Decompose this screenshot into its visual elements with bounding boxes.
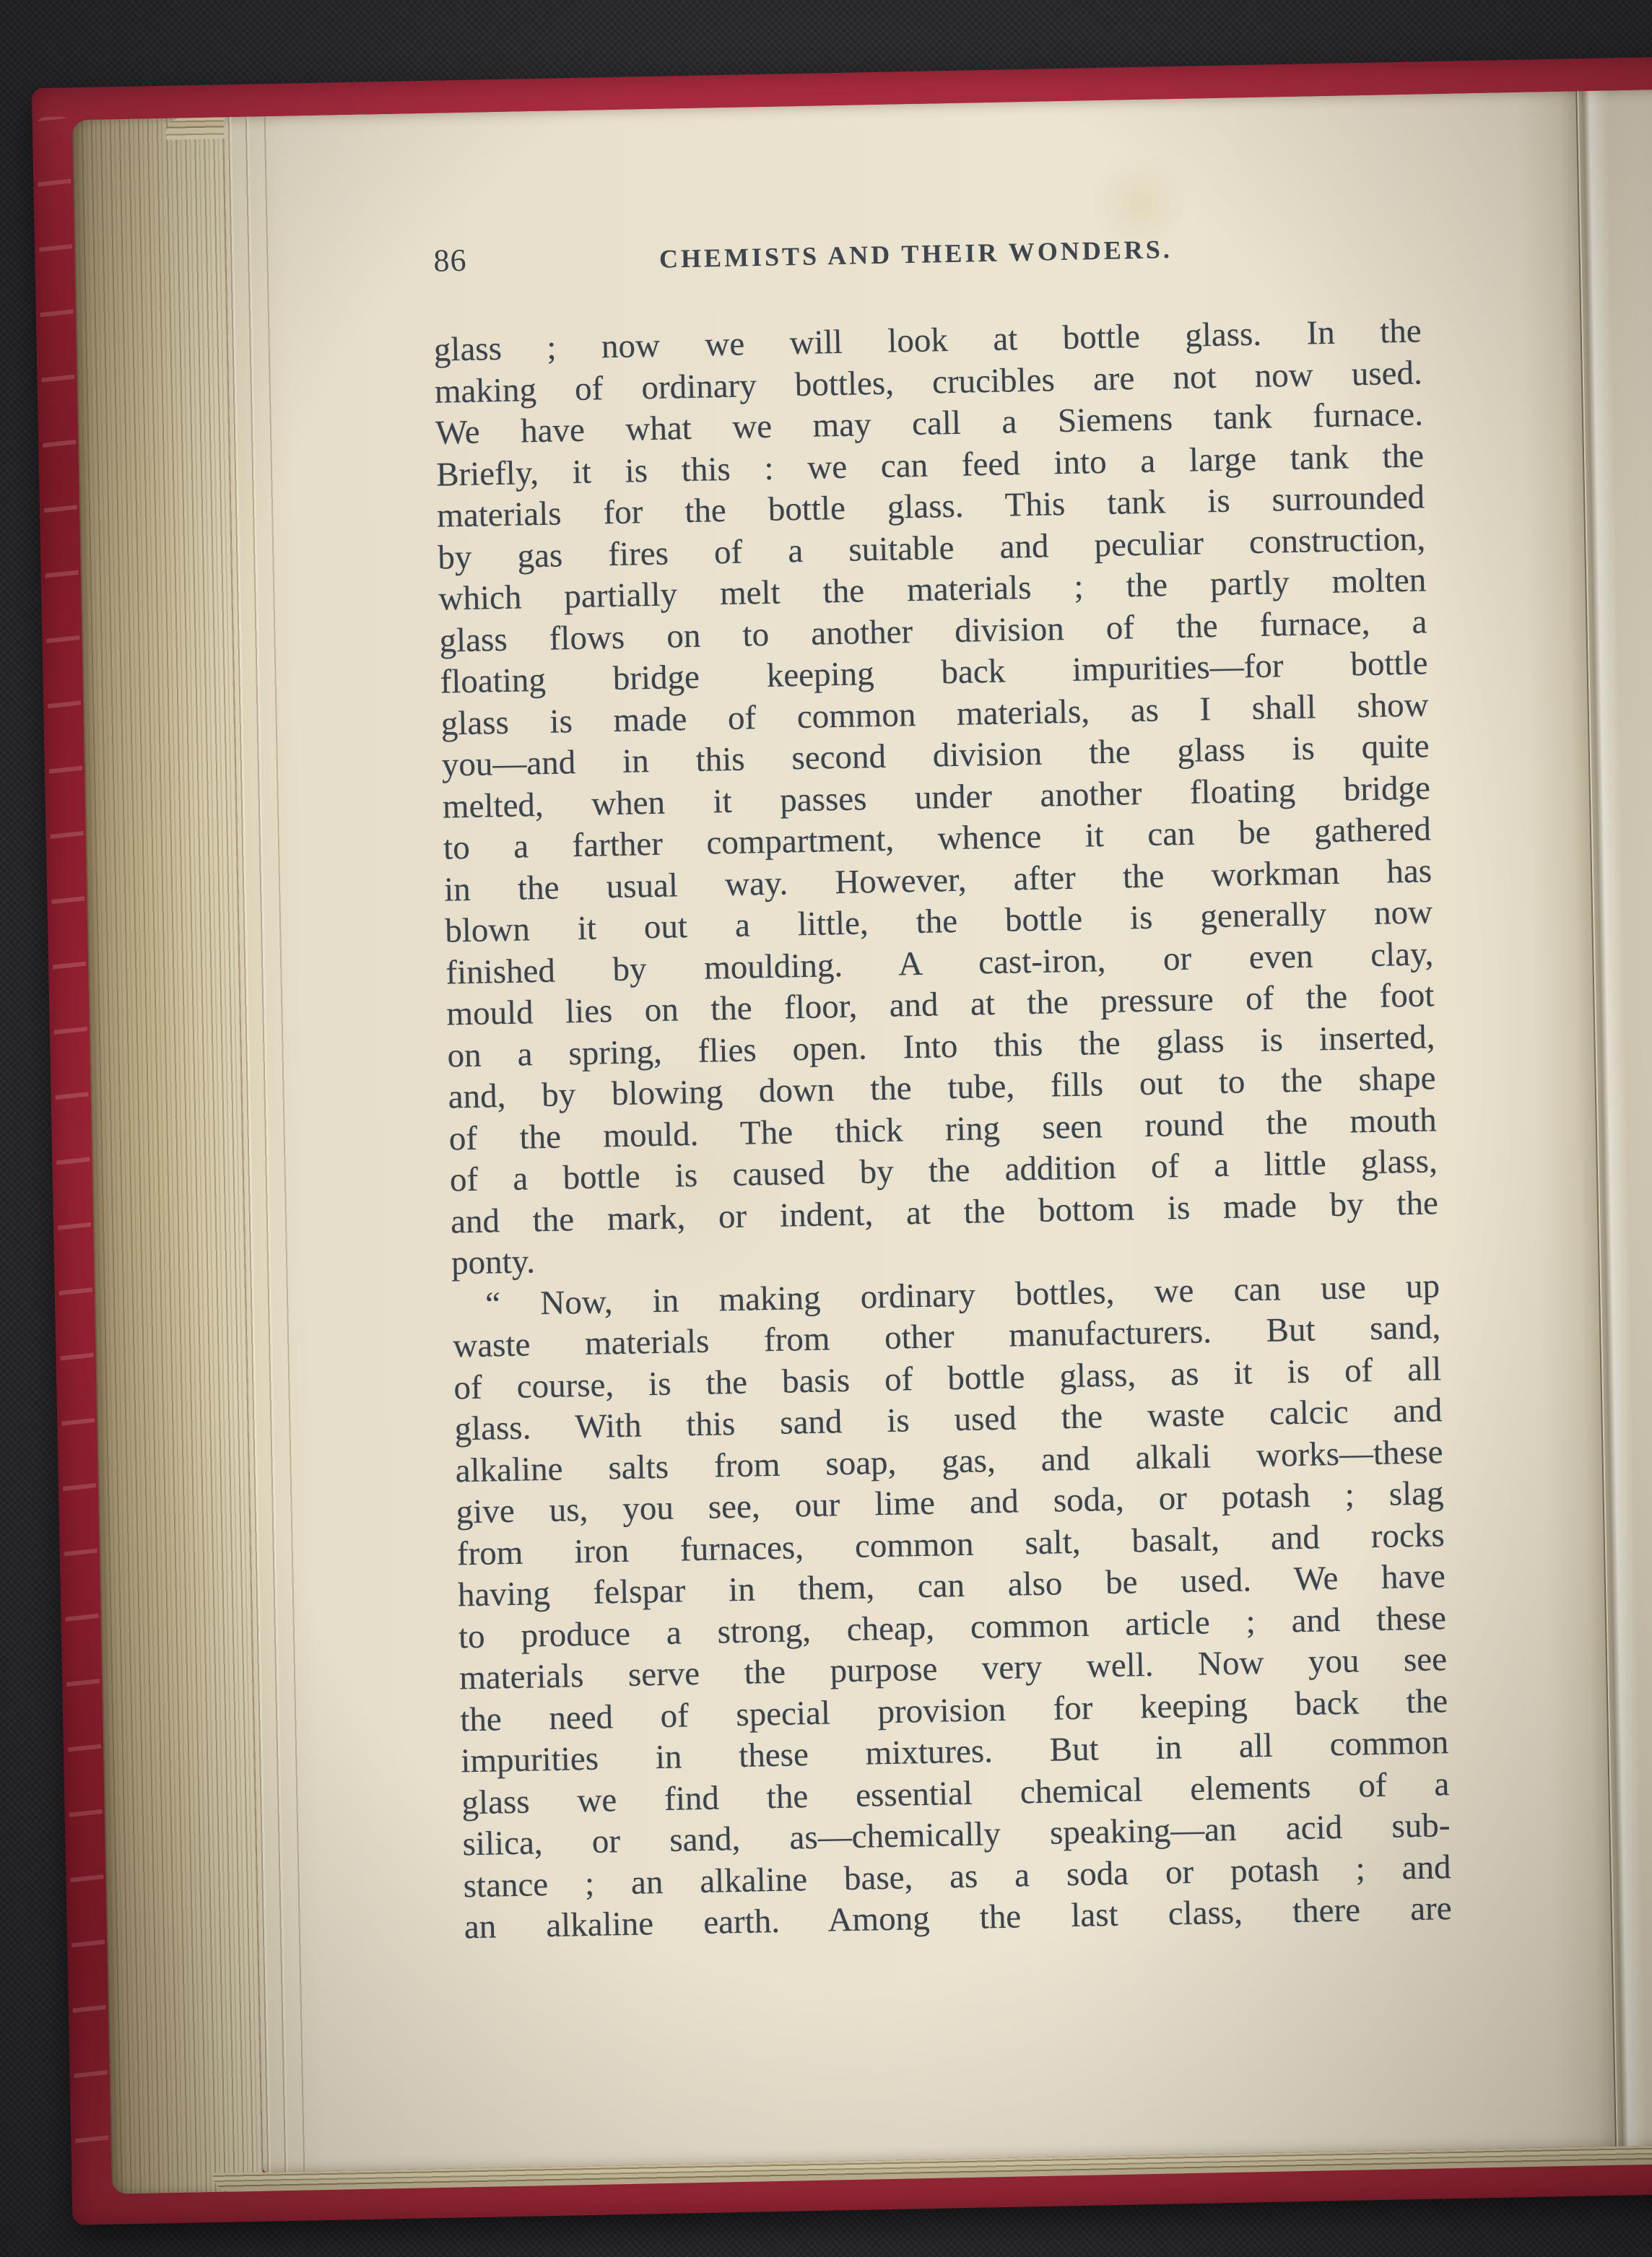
paragraph: “ Now, in making ordinary bottles, we ca…: [452, 1266, 1452, 1949]
book-page: 86 CHEMISTS AND THEIR WONDERS. glass ; n…: [224, 89, 1652, 2173]
text-column: 86 CHEMISTS AND THEIR WONDERS. glass ; n…: [432, 225, 1452, 1948]
book: 86 CHEMISTS AND THEIR WONDERS. glass ; n…: [32, 56, 1652, 2225]
gutter-fold-line: [1575, 91, 1617, 2147]
page-block: 86 CHEMISTS AND THEIR WONDERS. glass ; n…: [72, 89, 1652, 2194]
paragraph: glass ; now we will look at bottle glass…: [433, 310, 1439, 1284]
running-title: CHEMISTS AND THEIR WONDERS.: [432, 230, 1400, 278]
text-block: glass ; now we will look at bottle glass…: [433, 310, 1452, 1948]
running-head: 86 CHEMISTS AND THEIR WONDERS.: [432, 225, 1420, 285]
gutter-fold-shadow: [1516, 90, 1652, 2148]
photo-background: 86 CHEMISTS AND THEIR WONDERS. glass ; n…: [0, 0, 1652, 2257]
